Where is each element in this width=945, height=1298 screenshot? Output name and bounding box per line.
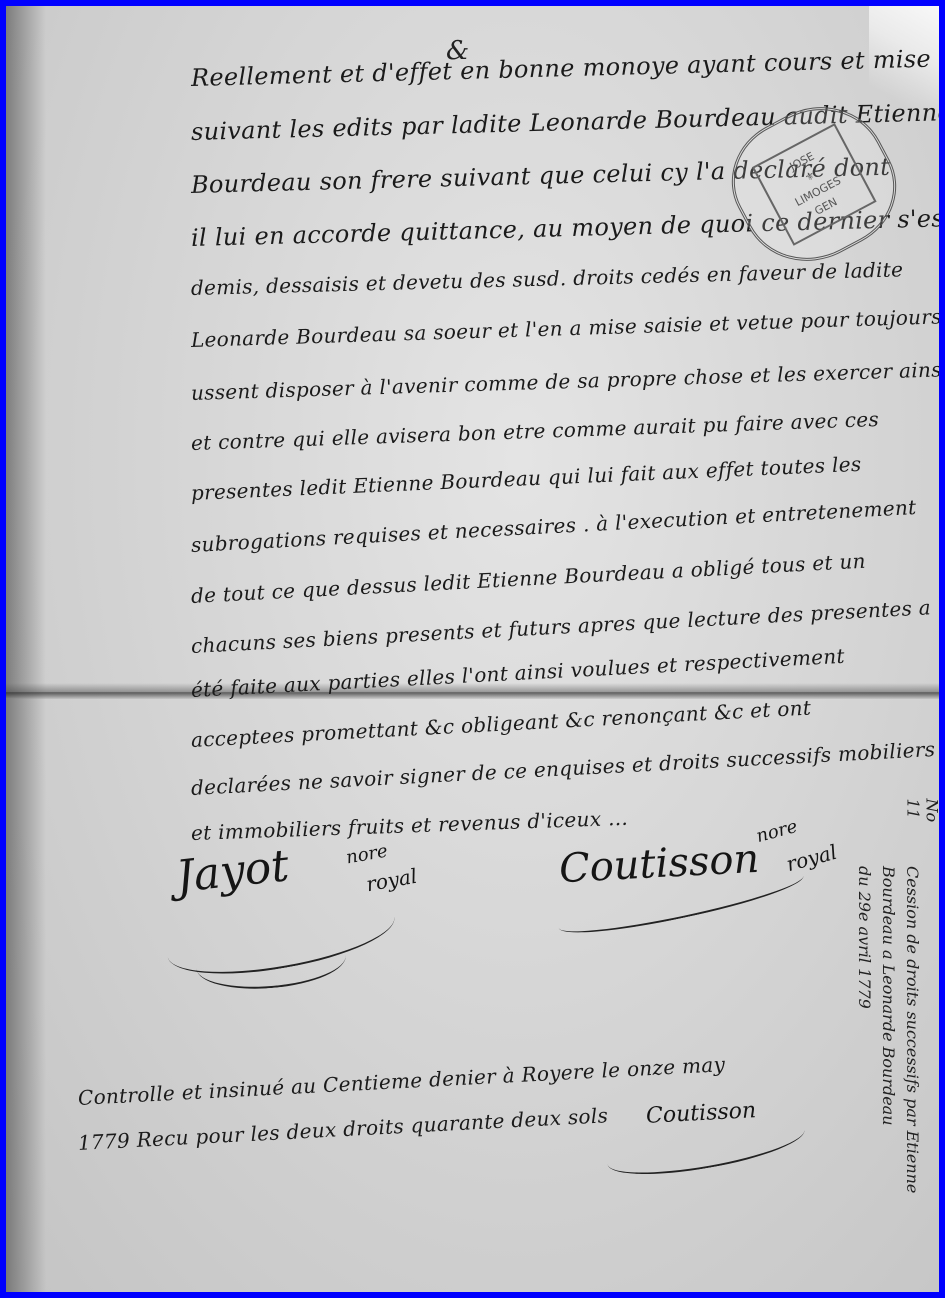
fleur-de-lis-icon: ⚜ [803,168,818,184]
body-line-16: et immobiliers fruits et revenus d'iceux… [191,806,629,845]
body-line-8: et contre qui elle avisera bon etre comm… [191,407,880,455]
margin-note-line-2: Bourdeau a Leonarde Bourdeau [876,866,900,1193]
body-line-6: Leonarde Bourdeau sa soeur et l'en a mis… [191,304,939,352]
margin-note: Cession de droits successifs par Etienne… [852,866,924,1193]
signature-jayot: Jayot [174,840,292,903]
margin-note-line-1: Cession de droits successifs par Etienne [900,866,924,1193]
folio-number: No 11 [904,799,940,832]
control-note-line-1: Controlle et insinué au Centieme denier … [77,1052,725,1110]
control-note-line-2: 1779 Recu pour les deux droits quarante … [77,1103,608,1155]
body-line-15: declarées ne savoir signer de ce enquise… [190,737,935,800]
margin-note-line-3: du 29e avril 1779 [852,866,876,1193]
body-line-14: acceptees promettant &c obligeant &c ren… [190,696,811,752]
body-line-5: demis, dessaisis et devetu des susd. dro… [191,257,904,300]
signature-jayot-title-2: royal [364,864,419,897]
body-line-7: ussent disposer à l'avenir comme de sa p… [191,357,939,405]
signature-coutisson-title-1: nore [754,816,800,847]
body-line-1: Reellement et d'effet en bonne monoye ay… [191,45,932,92]
body-line-10: subrogations requises et necessaires . à… [190,495,917,557]
signature-jayot-title-1: nore [344,841,389,869]
body-line-11: de tout ce que dessus ledit Etienne Bour… [190,549,866,608]
manuscript-page: & Reellement et d'effet en bonne monoye … [6,6,939,1292]
body-line-9: presentes ledit Etienne Bourdeau qui lui… [190,452,861,505]
